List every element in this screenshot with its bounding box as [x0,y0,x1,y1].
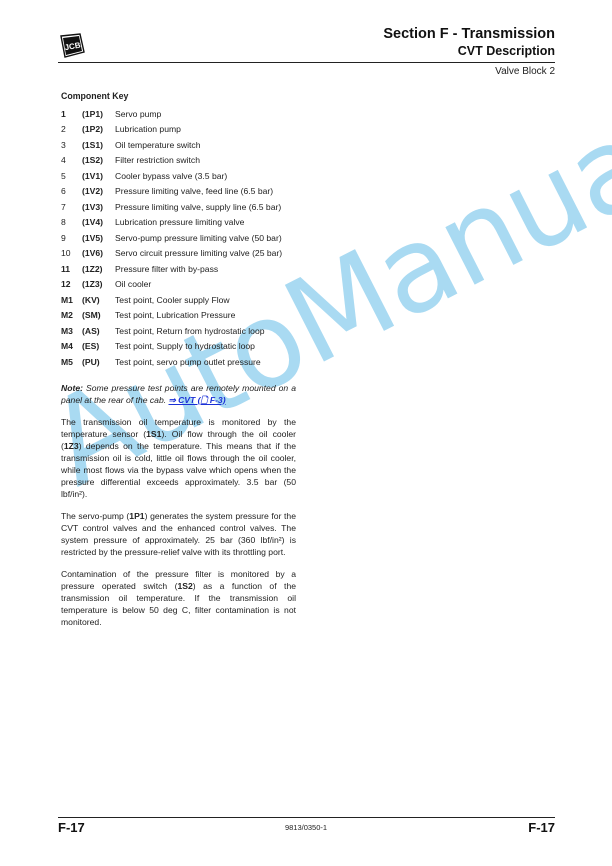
key-description: Pressure filter with by-pass [115,263,296,275]
component-key-row: 1(1P1)Servo pump [61,106,296,122]
component-key-row: 2(1P2)Lubrication pump [61,122,296,138]
document-number: 9813/0350-1 [0,823,612,832]
key-description: Oil cooler [115,278,296,290]
key-number: 8 [61,216,82,228]
key-description: Pressure limiting valve, supply line (6.… [115,201,296,213]
key-description: Lubrication pressure limiting valve [115,216,296,228]
component-key-row: 9(1V5)Servo-pump pressure limiting valve… [61,230,296,246]
cvt-reference-link[interactable]: ⇒ CVT (🗋 F-3) [169,395,226,405]
key-number: M1 [61,294,82,306]
key-number: M5 [61,356,82,368]
key-code: (PU) [82,356,115,368]
key-code: (1S2) [82,154,115,166]
key-number: 9 [61,232,82,244]
key-description: Cooler bypass valve (3.5 bar) [115,170,296,182]
key-description: Test point, Cooler supply Flow [115,294,296,306]
component-key-row: 11(1Z2)Pressure filter with by-pass [61,261,296,277]
key-code: (1P1) [82,108,115,120]
key-description: Lubrication pump [115,123,296,135]
key-number: 1 [61,108,82,120]
footer-divider [58,817,555,818]
chapter-title: CVT Description [458,44,555,58]
key-code: (1P2) [82,123,115,135]
component-key-title: Component Key [61,90,296,102]
component-key-row: 10(1V6)Servo circuit pressure limiting v… [61,246,296,262]
component-key-row: 6(1V2)Pressure limiting valve, feed line… [61,184,296,200]
key-code: (1V1) [82,170,115,182]
key-description: Test point, Return from hydrostatic loop [115,325,296,337]
component-key-row: M4(ES)Test point, Supply to hydrostatic … [61,339,296,355]
key-number: 10 [61,247,82,259]
key-code: (1V2) [82,185,115,197]
key-code: (1Z2) [82,263,115,275]
paragraph-filter-contamination: Contamination of the pressure filter is … [61,568,296,628]
key-code: (1V4) [82,216,115,228]
component-key-row: 7(1V3)Pressure limiting valve, supply li… [61,199,296,215]
key-number: 12 [61,278,82,290]
key-description: Servo-pump pressure limiting valve (50 b… [115,232,296,244]
key-number: 6 [61,185,82,197]
component-key-row: M2(SM)Test point, Lubrication Pressure [61,308,296,324]
key-code: (1V3) [82,201,115,213]
component-key-row: 5(1V1)Cooler bypass valve (3.5 bar) [61,168,296,184]
key-description: Test point, Lubrication Pressure [115,309,296,321]
paragraph-oil-temperature: The transmission oil temperature is moni… [61,416,296,500]
key-code: (1V5) [82,232,115,244]
component-key-list: 1(1P1)Servo pump2(1P2)Lubrication pump3(… [61,106,296,370]
key-code: (KV) [82,294,115,306]
topic-title: Valve Block 2 [495,66,555,77]
jcb-logo-icon: JCB [58,32,86,60]
key-description: Oil temperature switch [115,139,296,151]
component-key-row: 4(1S2)Filter restriction switch [61,153,296,169]
key-number: M4 [61,340,82,352]
key-code: (SM) [82,309,115,321]
key-description: Filter restriction switch [115,154,296,166]
key-number: 3 [61,139,82,151]
component-key-row: M3(AS)Test point, Return from hydrostati… [61,323,296,339]
key-code: (1S1) [82,139,115,151]
key-number: 4 [61,154,82,166]
key-number: 2 [61,123,82,135]
key-code: (1Z3) [82,278,115,290]
component-key-row: 8(1V4)Lubrication pressure limiting valv… [61,215,296,231]
key-number: M3 [61,325,82,337]
key-code: (1V6) [82,247,115,259]
page-number-right: F-17 [528,820,555,835]
main-content: Component Key 1(1P1)Servo pump2(1P2)Lubr… [61,90,296,628]
component-key-row: 12(1Z3)Oil cooler [61,277,296,293]
header-divider [58,62,555,63]
key-description: Test point, Supply to hydrostatic loop [115,340,296,352]
key-code: (AS) [82,325,115,337]
note-label: Note: [61,383,83,393]
key-description: Servo circuit pressure limiting valve (2… [115,247,296,259]
key-description: Pressure limiting valve, feed line (6.5 … [115,185,296,197]
key-code: (ES) [82,340,115,352]
paragraph-servo-pump: The servo-pump (1P1) generates the syste… [61,510,296,558]
section-title: Section F - Transmission [383,26,555,42]
key-number: M2 [61,309,82,321]
key-description: Test point, servo pump outlet pressure [115,356,296,368]
component-key-row: M1(KV)Test point, Cooler supply Flow [61,292,296,308]
key-number: 11 [61,263,82,275]
key-number: 7 [61,201,82,213]
note-block: Note: Some pressure test points are remo… [61,382,296,406]
component-key-row: 3(1S1)Oil temperature switch [61,137,296,153]
component-key-row: M5(PU)Test point, servo pump outlet pres… [61,354,296,370]
key-number: 5 [61,170,82,182]
key-description: Servo pump [115,108,296,120]
